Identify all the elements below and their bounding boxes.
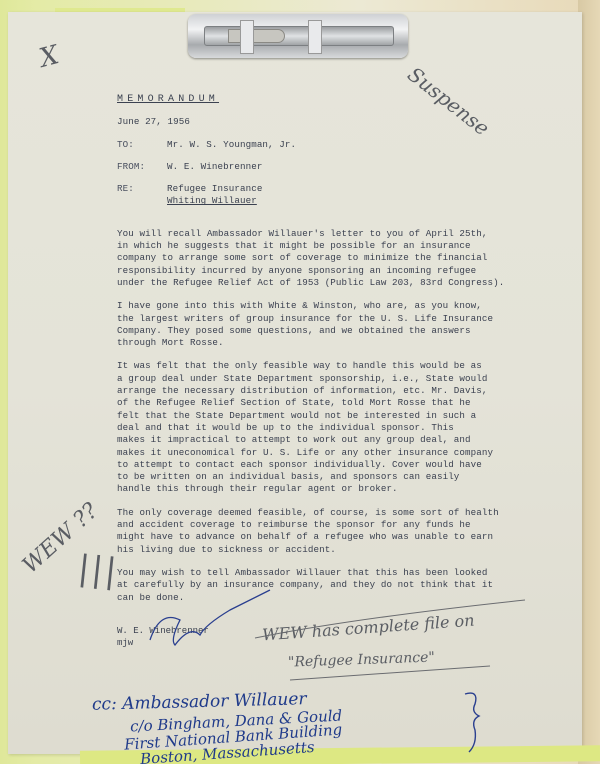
signature-scribble — [150, 590, 270, 645]
pen-strokes — [0, 0, 600, 764]
brace-mark — [465, 693, 479, 752]
